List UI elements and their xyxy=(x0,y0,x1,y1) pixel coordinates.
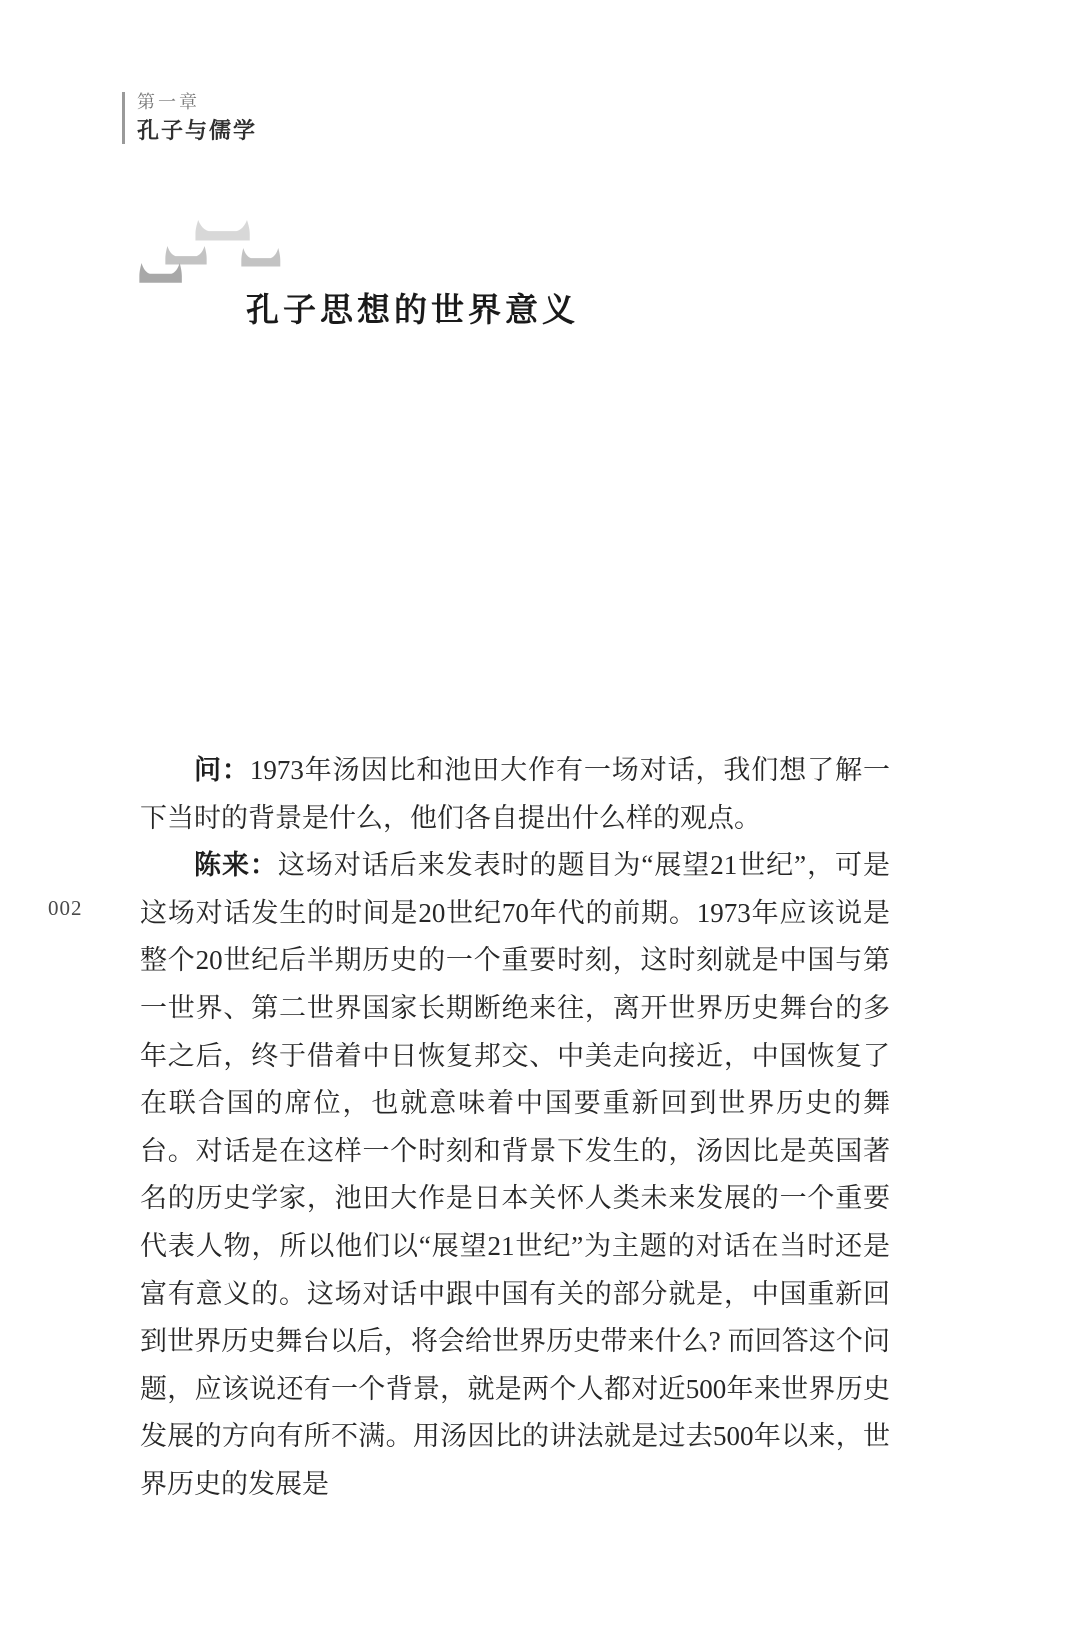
speaker-label-question: 问： xyxy=(194,755,250,785)
roof-bottom-left xyxy=(139,263,181,283)
paragraph-question: 问：1973年汤因比和池田大作有一场对话，我们想了解一下当时的背景是什么，他们各… xyxy=(140,747,890,842)
roof-top xyxy=(195,220,249,240)
roof-middle-right xyxy=(241,248,280,266)
chapter-header: 第一章 孔子与儒学 xyxy=(122,92,257,144)
paragraph-question-text: 1973年汤因比和池田大作有一场对话，我们想了解一下当时的背景是什么，他们各自提… xyxy=(140,755,890,833)
paragraph-answer: 陈来：这场对话后来发表时的题目为“展望21世纪”，可是这场对话发生的时间是20世… xyxy=(140,842,890,1508)
roof-middle-left xyxy=(165,246,206,264)
chapter-header-text: 第一章 孔子与儒学 xyxy=(137,92,257,144)
speaker-label-answer: 陈来： xyxy=(194,850,278,880)
body-text: 问：1973年汤因比和池田大作有一场对话，我们想了解一下当时的背景是什么，他们各… xyxy=(140,747,890,1509)
book-page: 第一章 孔子与儒学 孔子思想的世界意义 002 问：1973年汤因比和池田大作有… xyxy=(0,0,1080,1627)
chapter-header-rule xyxy=(122,92,125,144)
chapter-title: 孔子与儒学 xyxy=(137,118,257,143)
paragraph-answer-text: 这场对话后来发表时的题目为“展望21世纪”，可是这场对话发生的时间是20世纪70… xyxy=(140,850,890,1499)
roof-eaves-icon xyxy=(135,216,285,288)
page-number: 002 xyxy=(48,896,83,921)
section-title: 孔子思想的世界意义 xyxy=(246,284,579,331)
chapter-number: 第一章 xyxy=(137,93,257,113)
